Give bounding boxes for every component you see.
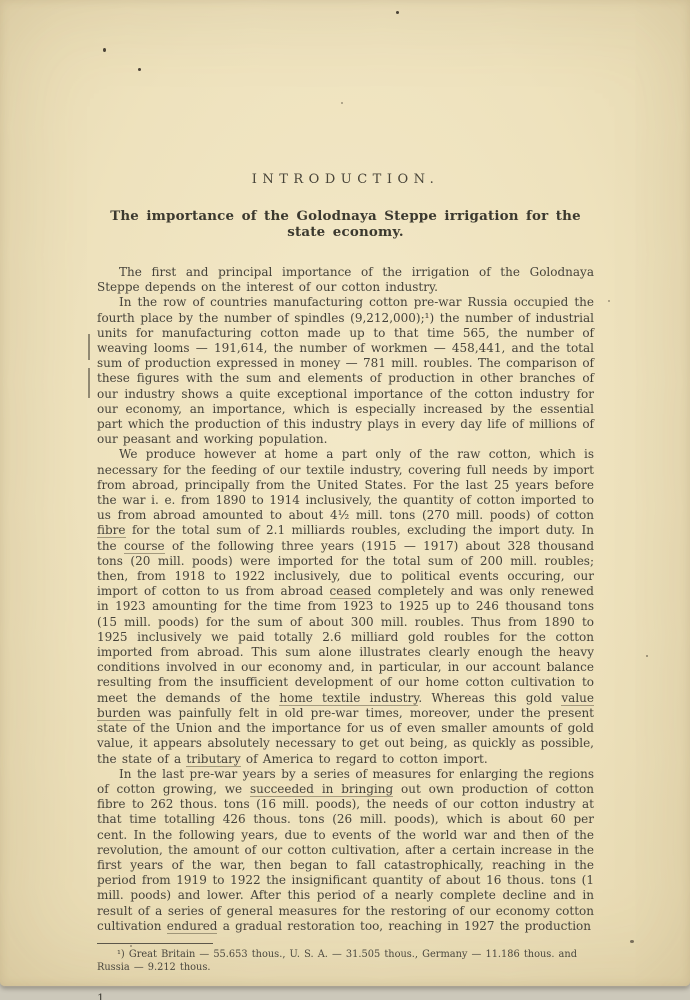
scan-speck [341, 102, 343, 104]
scan-speck [103, 48, 106, 52]
footnote-text: ¹) Great Britain — 55.653 thous., U. S. … [97, 948, 594, 974]
scan-speck [608, 300, 610, 302]
pencil-underline: succeeded in bringing [250, 782, 393, 797]
scan-speck [396, 11, 399, 14]
scanned-book-photo: { "page": { "title": "INTRODUCTION.", "h… [0, 0, 690, 1000]
body-paragraph: In the row of countries manufacturing co… [97, 295, 594, 447]
section-heading: The importance of the Golodnaya Steppe i… [97, 208, 594, 240]
page-number: 1 [97, 991, 594, 1000]
body-paragraph: The first and principal importance of th… [97, 265, 594, 295]
footnote-rule [97, 943, 213, 944]
scan-speck [630, 940, 634, 943]
page-title: INTRODUCTION. [97, 172, 594, 187]
scanned-page: INTRODUCTION. The importance of the Golo… [0, 0, 690, 987]
text-block: INTRODUCTION. The importance of the Golo… [97, 172, 594, 1000]
pencil-underline: fibre [97, 523, 126, 538]
body-paragraph: In the last pre-war years by a series of… [97, 767, 594, 934]
pencil-underline: course [124, 539, 165, 554]
scan-speck [646, 655, 648, 657]
pencil-underline: endured [167, 919, 218, 934]
body-text: The first and principal importance of th… [97, 265, 594, 934]
pencil-underline: ceased [330, 584, 372, 599]
pencil-underline: tributary [186, 752, 240, 767]
scan-speck [138, 68, 141, 71]
margin-tick [88, 334, 90, 360]
pencil-underline: home textile industry [279, 691, 418, 706]
body-paragraph: We produce however at home a part only o… [97, 447, 594, 766]
margin-tick [88, 368, 90, 398]
